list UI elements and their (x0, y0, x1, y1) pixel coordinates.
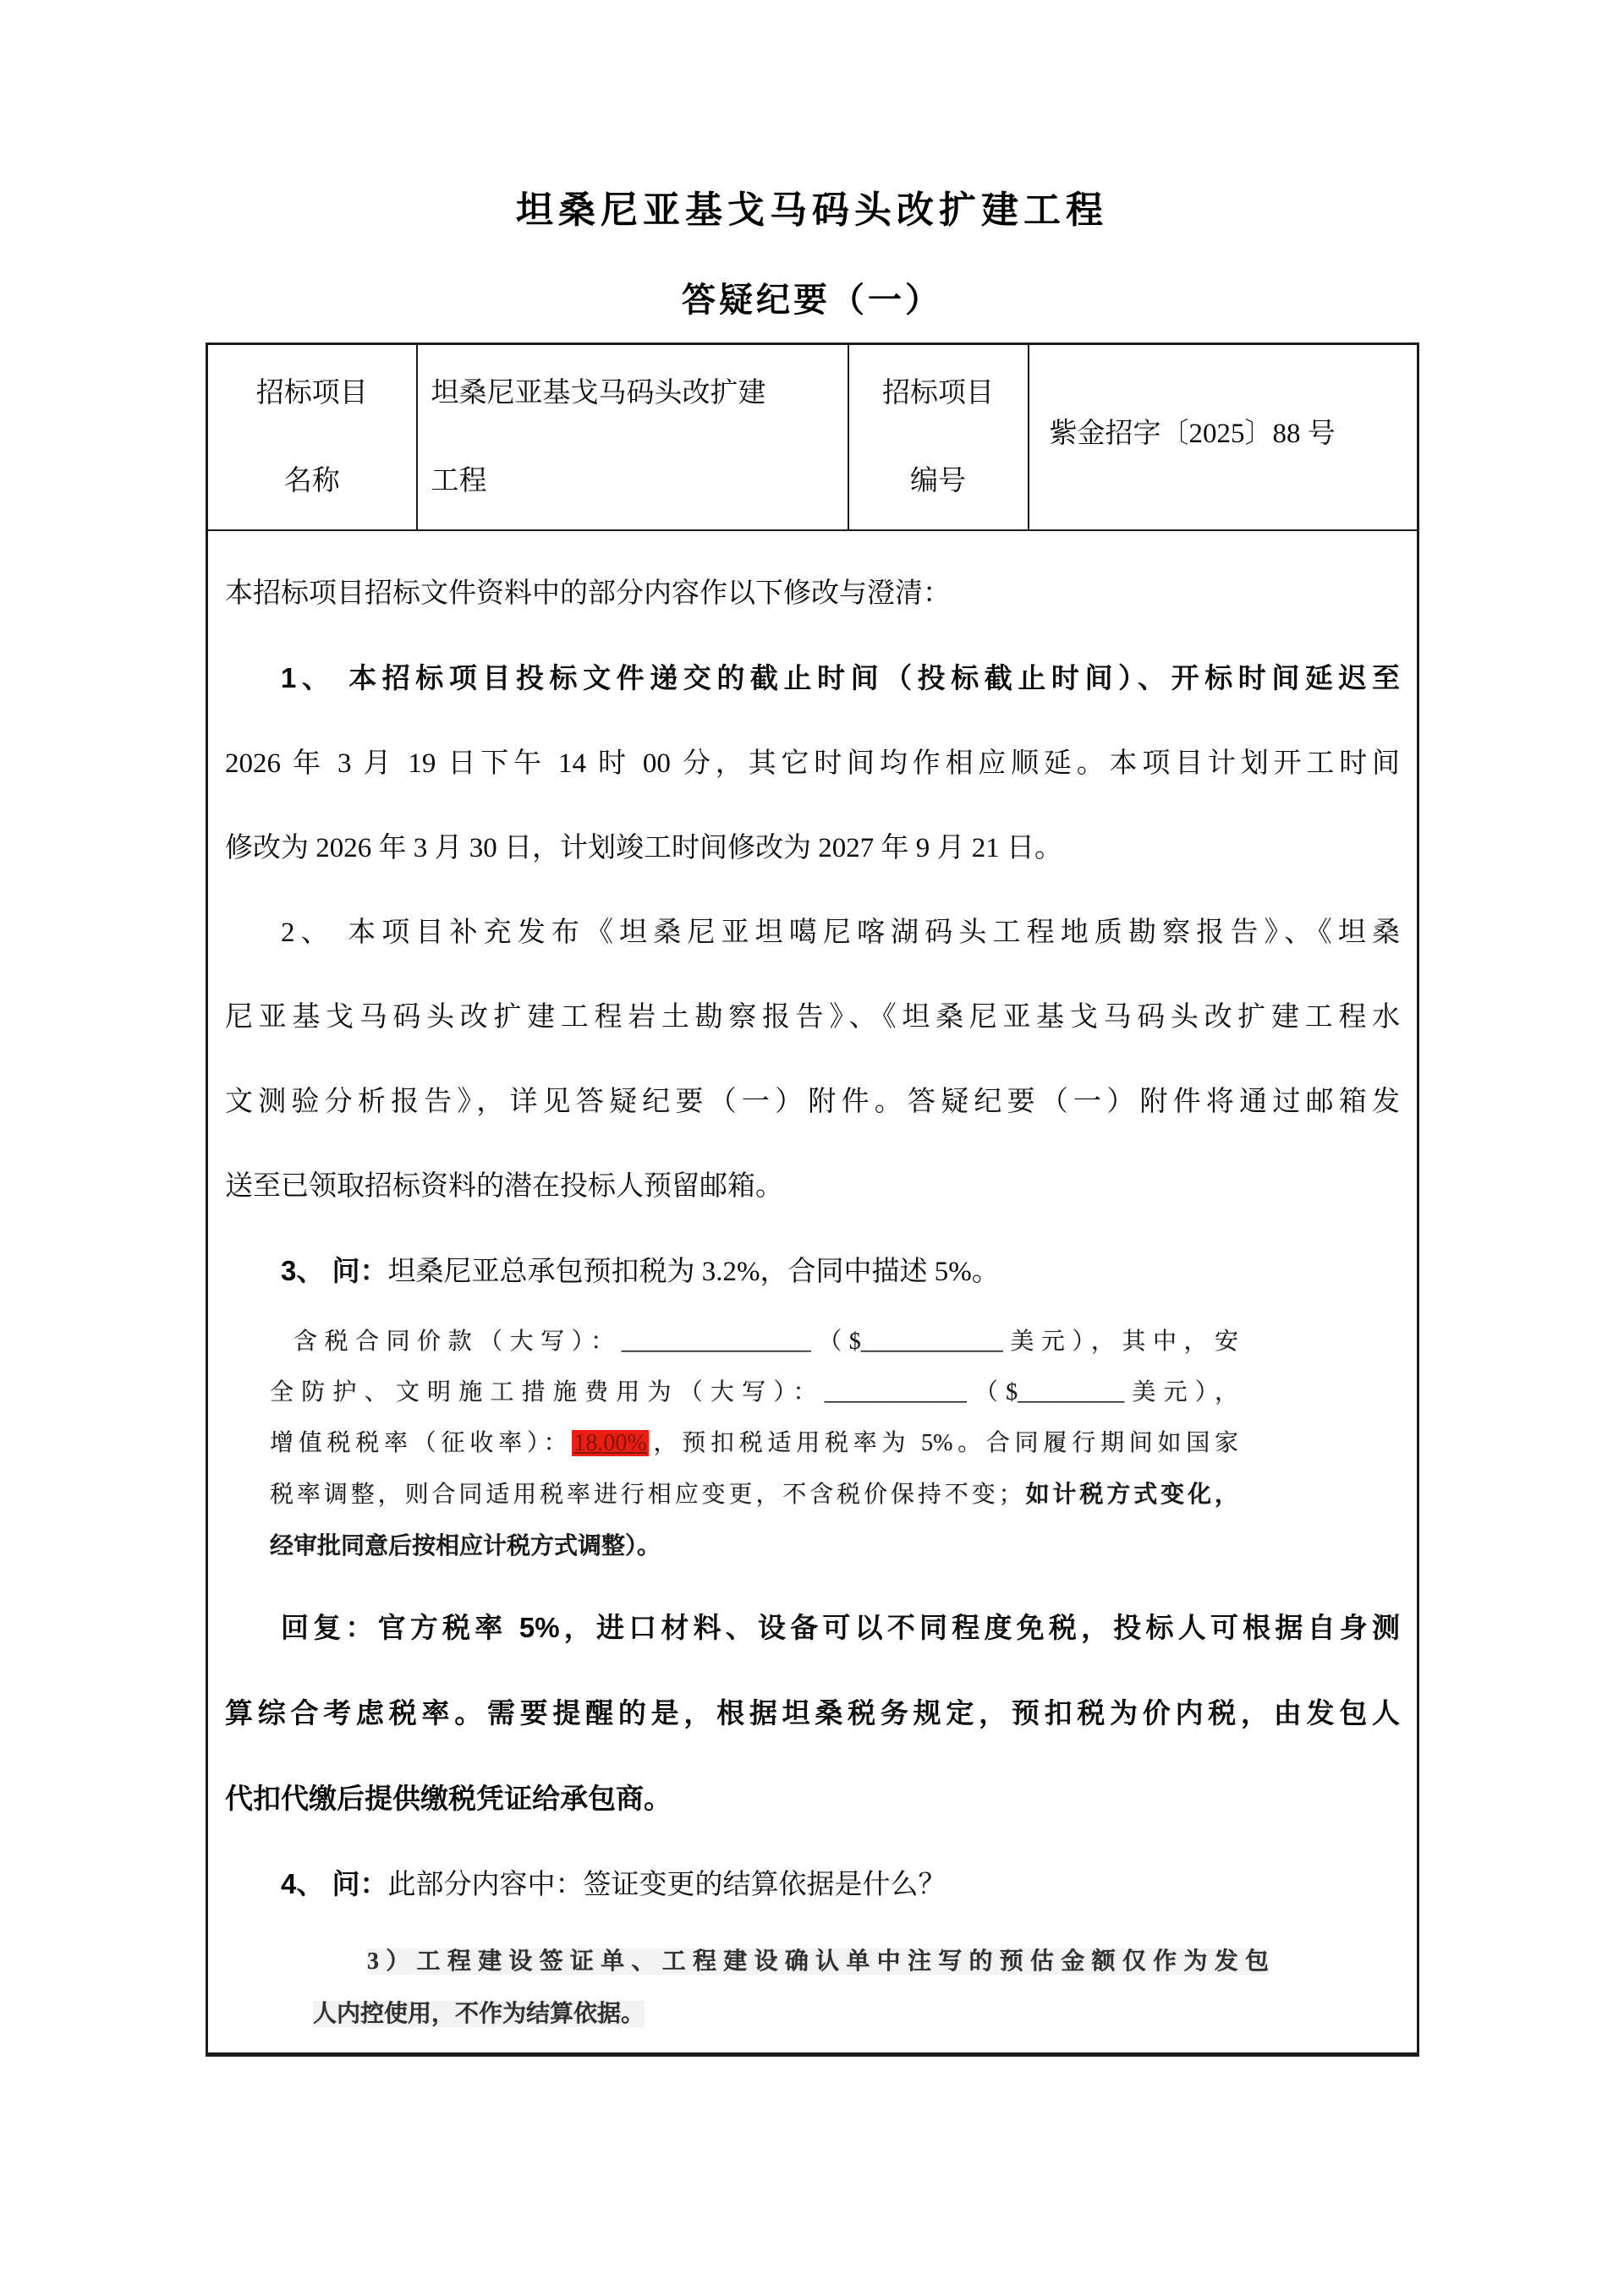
text-line: 算综合考虑税率。需要提醒的是，根据坦桑税务规定，预扣税为价内税，由发包人 (225, 1671, 1400, 1756)
text-line: 送至已领取招标资料的潜在投标人预留邮箱。 (225, 1144, 1400, 1229)
text-line: 增值税税率（征收率）：18.00%，预扣税适用税率为 5%。合同履行期间如国家 (270, 1418, 1238, 1469)
project-code-label-line2: 编号 (850, 437, 1027, 525)
document-page: 坦桑尼亚基戈马码头改扩建工程 答疑纪要（一） 招标项目 名称 坦桑尼亚基戈马码头… (0, 0, 1624, 2296)
text-line: 2026 年 3 月 19 日下午 14 时 00 分，其它时间均作相应顺延。本… (225, 721, 1400, 806)
text-line: 3）工程建设签证单、工程建设确认单中注写的预估金额仅作为发包 (313, 1936, 1269, 1988)
reply-3-paragraph: 回复：官方税率 5%，进口材料、设备可以不同程度免税，投标人可根据自身测算综合考… (225, 1586, 1400, 1842)
document-title: 坦桑尼亚基戈马码头改扩建工程 (0, 184, 1624, 237)
item-2-paragraph: 2、 本项目补充发布《坦桑尼亚坦噶尼喀湖码头工程地质勘察报告》、《坦桑尼亚基戈马… (225, 890, 1400, 1229)
project-code-value-cell: 紫金招字〔2025〕88 号 (1029, 344, 1418, 530)
text-line: 文测验分析报告》，详见答疑纪要（一）附件。答疑纪要（一）附件将通过邮箱发 (225, 1060, 1400, 1144)
clarification-body-cell: 本招标项目招标文件资料中的部分内容作以下修改与澄清： 1、 本招标项目投标文件递… (207, 530, 1418, 2055)
text-line: 税率调整，则合同适用税率进行相应变更，不含税价保持不变；如计税方式变化， (270, 1469, 1238, 1521)
contract-quote-block: 含税合同价款（大写）：________________（$___________… (270, 1317, 1238, 1572)
project-code-label-line1: 招标项目 (850, 349, 1027, 437)
project-name-label-line2: 名称 (209, 437, 415, 525)
text-line: 3、 问：坦桑尼亚总承包预扣税为 3.2%，合同中描述 5%。 (225, 1229, 1400, 1314)
text-line: 4、 问：此部分内容中：签证变更的结算依据是什么？ (225, 1842, 1400, 1927)
project-name-value-cell: 坦桑尼亚基戈马码头改扩建 工程 (417, 344, 848, 530)
project-name-value-line2: 工程 (431, 437, 834, 525)
project-name-label-cell: 招标项目 名称 (207, 344, 417, 530)
text-line: 2、 本项目补充发布《坦桑尼亚坦噶尼喀湖码头工程地质勘察报告》、《坦桑 (225, 890, 1400, 975)
intro-paragraph: 本招标项目招标文件资料中的部分内容作以下修改与澄清： (225, 551, 1400, 636)
text-line: 全防护、文明施工措施费用为（大写）：____________（$________… (270, 1367, 1238, 1418)
question-3-paragraph: 3、 问：坦桑尼亚总承包预扣税为 3.2%，合同中描述 5%。 (225, 1229, 1400, 1314)
text-line: 修改为 2026 年 3 月 30 日，计划竣工时间修改为 2027 年 9 月… (225, 806, 1400, 890)
project-name-value-line1: 坦桑尼亚基戈马码头改扩建 (431, 349, 834, 437)
question-4-paragraph: 4、 问：此部分内容中：签证变更的结算依据是什么？ (225, 1842, 1400, 1927)
text-line: 含税合同价款（大写）：________________（$___________… (270, 1317, 1238, 1367)
text-line: 回复：官方税率 5%，进口材料、设备可以不同程度免税，投标人可根据自身测 (225, 1586, 1400, 1671)
text-line: 经审批同意后按相应计税方式调整）。 (270, 1521, 1238, 1572)
project-info-table: 招标项目 名称 坦桑尼亚基戈马码头改扩建 工程 招标项目 编号 紫金招字〔202… (206, 342, 1419, 2057)
table-body-row: 本招标项目招标文件资料中的部分内容作以下修改与澄清： 1、 本招标项目投标文件递… (207, 530, 1418, 2055)
item-1-paragraph: 1、 本招标项目投标文件递交的截止时间（投标截止时间）、开标时间延迟至2026 … (225, 636, 1400, 890)
project-name-label-line1: 招标项目 (209, 349, 415, 437)
text-line: 1、 本招标项目投标文件递交的截止时间（投标截止时间）、开标时间延迟至 (225, 636, 1400, 721)
text-line: 代扣代缴后提供缴税凭证给承包商。 (225, 1756, 1400, 1842)
document-subtitle: 答疑纪要（一） (0, 276, 1624, 325)
text-line: 人内控使用，不作为结算依据。 (313, 1988, 1269, 2041)
signature-quote-block: 3）工程建设签证单、工程建设确认单中注写的预估金额仅作为发包人内控使用，不作为结… (313, 1936, 1269, 2041)
text-line: 尼亚基戈马码头改扩建工程岩土勘察报告》、《坦桑尼亚基戈马码头改扩建工程水 (225, 975, 1400, 1060)
table-header-row: 招标项目 名称 坦桑尼亚基戈马码头改扩建 工程 招标项目 编号 紫金招字〔202… (207, 344, 1418, 530)
project-code-label-cell: 招标项目 编号 (848, 344, 1029, 530)
text-line: 本招标项目招标文件资料中的部分内容作以下修改与澄清： (225, 551, 1400, 636)
